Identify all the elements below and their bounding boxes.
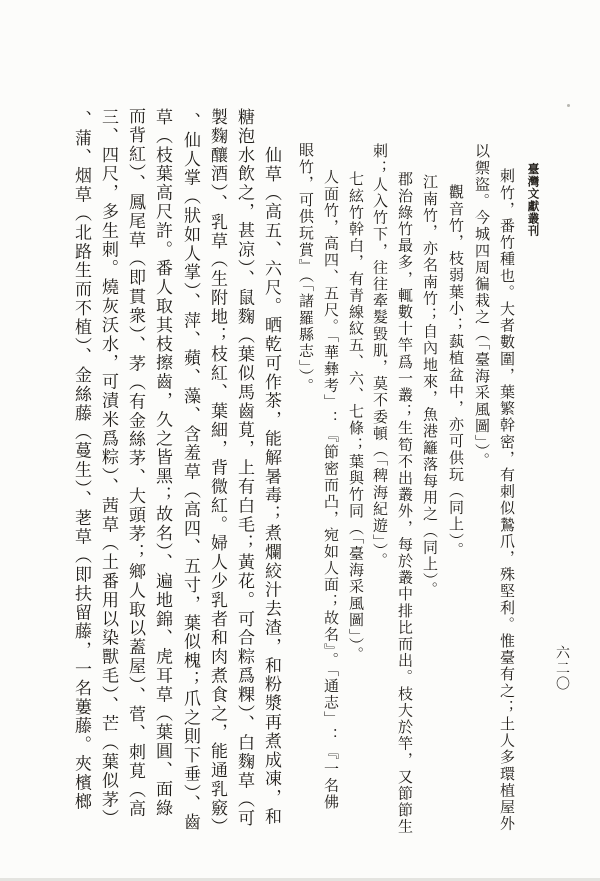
text-column-14: 草（枝葉高尺許。番人取其枝擦齒，久之皆黑；故名）、遍地錦、虎耳草（葉圓、面綠: [154, 108, 171, 818]
text-column-15: 而背紅）、鳳尾草（即貫衆）、茅（有金絲茅、大頭茅；鄉人取以蓋屋）、菅、刺莧（高: [127, 107, 144, 819]
text-column-13: 、仙人掌（狀如人掌）、萍、蘋、藻、含羞草（高四、五寸，葉似槐；爪之則下垂）、齒: [182, 112, 199, 832]
scan-speck: [567, 104, 570, 107]
text-column-3: 觀音竹，枝弱葉小；蓺植盆中，亦可供玩（同上）。: [447, 184, 462, 558]
text-column-16: 三、四尺，多生刺。燒灰沃水，可漬米爲粽）、茜草（土番用以染獸毛）、芒（葉似茅）: [100, 108, 117, 828]
scan-speck: [76, 698, 79, 701]
text-column-10: 仙草（高五、六尺。晒乾可作茶，能解暑毒；煮爛絞汁去渣，和粉漿再煮成凍，和: [263, 146, 280, 826]
text-column-1: 刺竹，番竹種也。大者數圍，葉繁幹密，有刺似鷙爪，殊堅利。惟臺有之；土人多環植屋外: [498, 168, 513, 832]
text-column-6: 刺；人入竹下，往往牽髮毀肌，莫不委頓（「稗海紀遊」）。: [371, 143, 386, 569]
text-column-5: 郡治綠竹最多，輒數十竿爲一叢；生筍不出叢外，每於叢中排比而出。枝大於竿，又節節生: [396, 171, 411, 835]
text-column-9: 眼竹，可供玩賞』（「諸羅縣志」）。: [297, 142, 312, 394]
text-column-2: 以禦盜。今城四周徧栽之（「臺海采風圖」）。: [473, 143, 488, 469]
running-header: 臺灣文獻叢刊: [526, 163, 538, 237]
text-column-7: 七絃竹幹白，有青線紋五、六、七條；葉與竹同（「臺海采風圖」）。: [347, 171, 362, 663]
text-column-17: 、蒲、烟草（北路生而不植）、金絲藤（蔓生）、荖草（即扶留藤，一名蔞藤。夾檳榔: [73, 110, 90, 811]
text-column-12: 製麴釀酒）、乳草（生附地；枝紅、葉細，背微紅。婦人少乳者和肉煮食之，能通乳竅）: [209, 108, 226, 837]
text-column-11: 糖泡水飲之，甚凉）、鼠麴（葉似馬齒莧，上有白毛；黃花。可合粽爲粿）、白麴草（可: [236, 108, 253, 828]
book-page: 臺灣文獻叢刊 六二〇 刺竹，番竹種也。大者數圍，葉繁幹密，有刺似鷙爪，殊堅利。惟…: [0, 0, 600, 881]
text-column-8: 人面竹，高四、五尺。「華彝考」：『節密而凸，宛如人面；故名』。「通志」：『一名佛: [322, 169, 337, 811]
page-number: 六二〇: [554, 645, 568, 692]
text-column-4: 江南竹，亦名南竹；自內地來，魚港籬落每用之（同上）。: [421, 174, 436, 598]
